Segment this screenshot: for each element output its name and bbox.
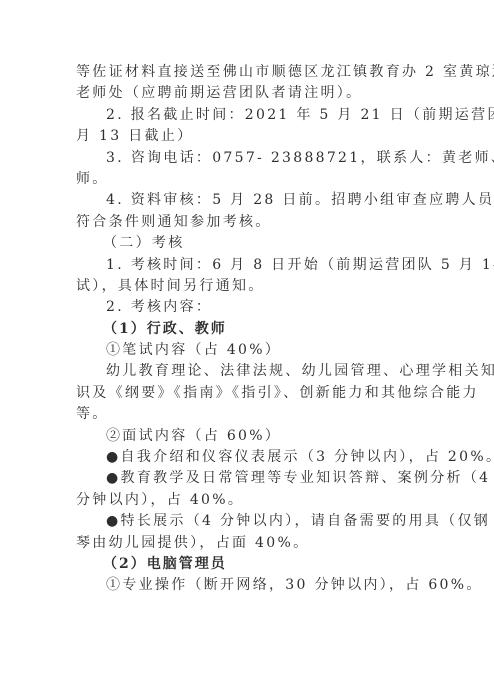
paragraph-line: 师。 — [76, 169, 420, 190]
subsection-heading-computer-admin: （2）电脑管理员 — [76, 554, 420, 575]
paragraph-line: 琴由幼儿园提供），占面 40%。 — [76, 533, 420, 554]
assessment-content-line: 2. 考核内容： — [76, 297, 420, 318]
assessment-time-line: 1. 考核时间：6 月 8 日开始（前期运营团队 5 月 14 日面 — [76, 255, 420, 276]
bullet-item: ●教育教学及日常管理等专业知识答辩、案例分析（4 — [76, 468, 420, 489]
paragraph-line: 等。 — [76, 404, 420, 425]
section-heading-assessment: （二）考核 — [76, 233, 420, 254]
paragraph-line: 识及《纲要》《指南》《指引》、创新能力和其他综合能力 — [76, 383, 420, 404]
professional-operation-line: ①专业操作（断开网络，30 分钟以内），占 60%。 — [76, 575, 420, 596]
bullet-item: ●特长展示（4 分钟以内），请自备需要的用具（仅钢 — [76, 511, 420, 532]
subsection-heading-admin-teacher: （1）行政、教师 — [76, 319, 420, 340]
document-page: 等佐证材料直接送至佛山市顺德区龙江镇教育办 2 室黄琼连 老师处（应聘前期运营团… — [76, 62, 420, 597]
written-test-line: ①笔试内容（占 40%） — [76, 340, 420, 361]
paragraph-line: 老师处（应聘前期运营团队者请注明）。 — [76, 83, 420, 104]
interview-line: ②面试内容（占 60%） — [76, 426, 420, 447]
contact-phone-line: 3. 咨询电话：0757- 23888721，联系人：黄老师、叶老 — [76, 148, 420, 169]
paragraph-line: 试），具体时间另行通知。 — [76, 276, 420, 297]
paragraph-line: 月 13 日截止） — [76, 126, 420, 147]
paragraph-line: 分钟以内），占 40%。 — [76, 490, 420, 511]
registration-deadline-line: 2. 报名截止时间：2021 年 5 月 21 日（前期运营团队 5 — [76, 105, 420, 126]
paragraph-line: 符合条件则通知参加考核。 — [76, 212, 420, 233]
paragraph-line: 幼儿教育理论、法律法规、幼儿园管理、心理学相关知 — [76, 361, 420, 382]
bullet-item: ●自我介绍和仪容仪表展示（3 分钟以内），占 20%。 — [76, 447, 420, 468]
paragraph-line: 等佐证材料直接送至佛山市顺德区龙江镇教育办 2 室黄琼连 — [76, 62, 420, 83]
document-review-line: 4. 资料审核：5 月 28 日前。招聘小组审查应聘人员资料， — [76, 190, 420, 211]
